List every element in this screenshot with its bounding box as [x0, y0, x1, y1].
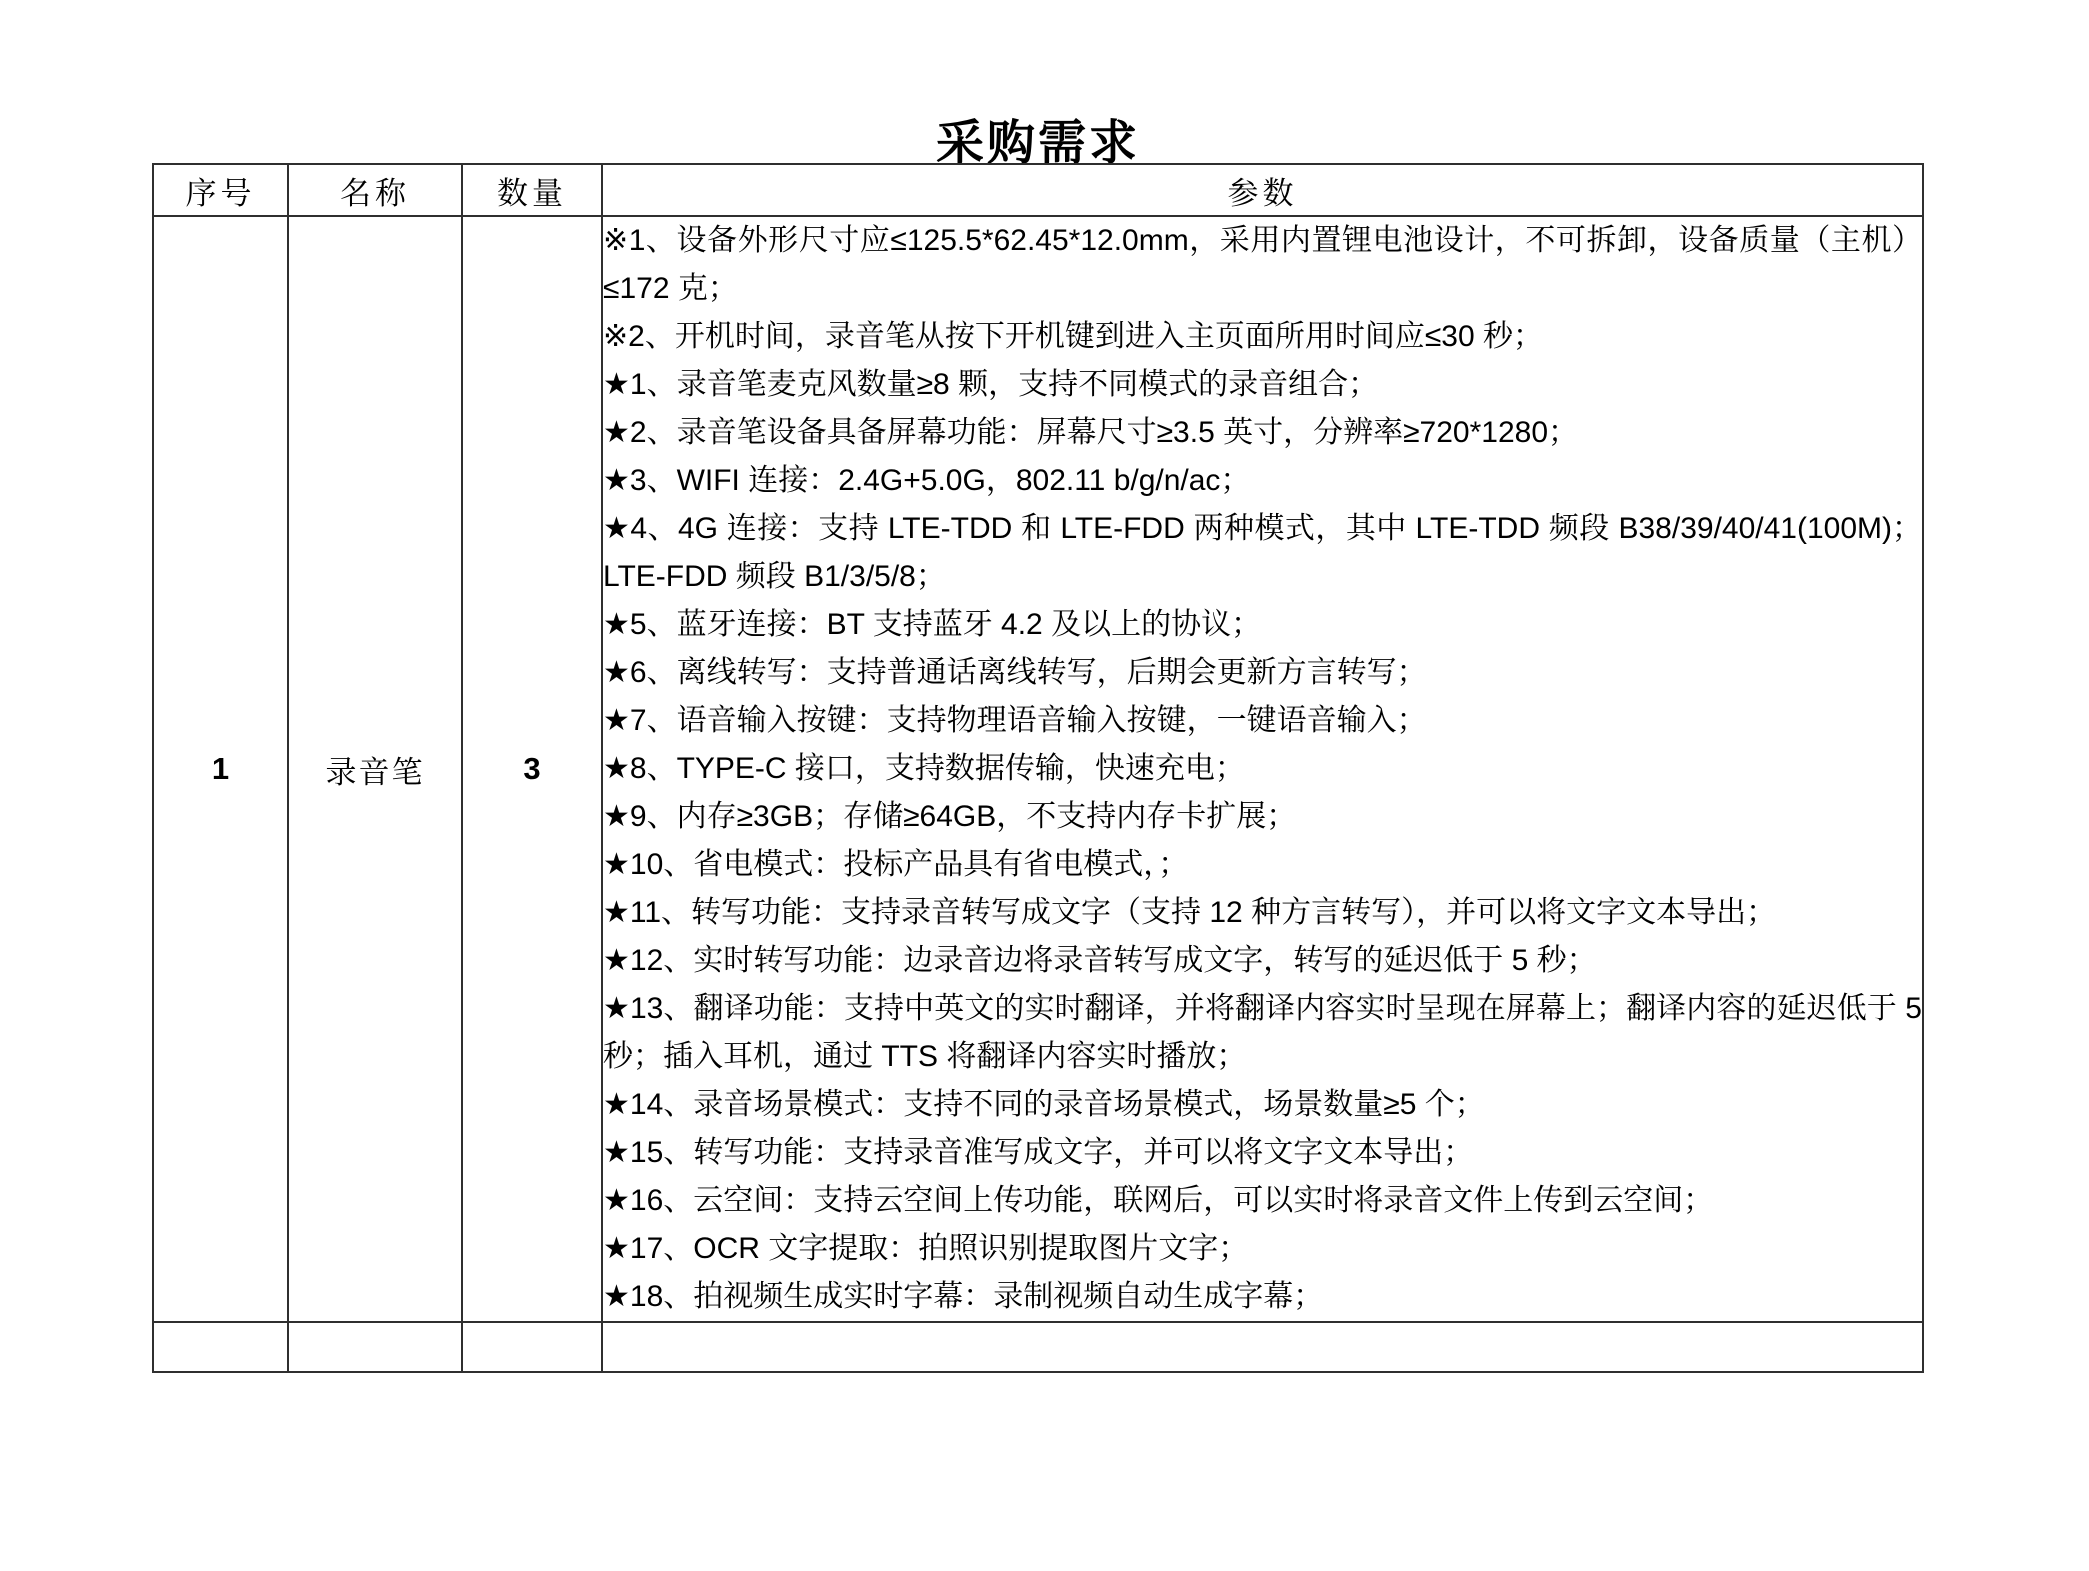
param-item: ★10、省电模式：投标产品具有省电模式，；: [603, 841, 1922, 889]
param-item: ★15、转写功能：支持录音准写成文字，并可以将文字文本导出；: [603, 1129, 1922, 1177]
cell-item-name: 录音笔: [288, 216, 462, 1322]
param-item: ★12、实时转写功能：边录音边将录音转写成文字，转写的延迟低于 5 秒；: [603, 937, 1922, 985]
cell-serial-number: 1: [153, 216, 288, 1322]
header-cell-name: 名称: [288, 164, 462, 216]
param-item: ★2、录音笔设备具备屏幕功能：屏幕尺寸≥3.5 英寸，分辨率≥720*1280；: [603, 409, 1922, 457]
header-cell-params: 参数: [602, 164, 1923, 216]
requirements-table: 序号 名称 数量 参数 1 录音笔 3 ※1、设备外形尺寸应≤125.5*62.…: [152, 163, 1924, 1373]
param-item: ※2、开机时间，录音笔从按下开机键到进入主页面所用时间应≤30 秒；: [603, 313, 1922, 361]
param-item: ★3、WIFI 连接：2.4G+5.0G，802.11 b/g/n/ac；: [603, 457, 1922, 505]
empty-cell-quantity: [462, 1322, 602, 1372]
param-item: ★7、语音输入按键：支持物理语音输入按键，一键语音输入；: [603, 697, 1922, 745]
empty-cell-item-name: [288, 1322, 462, 1372]
param-item: ★16、云空间：支持云空间上传功能，联网后，可以实时将录音文件上传到云空间；: [603, 1177, 1922, 1225]
param-item: ★11、转写功能：支持录音转写成文字（支持 12 种方言转写），并可以将文字文本…: [603, 889, 1922, 937]
param-item: ★14、录音场景模式：支持不同的录音场景模式，场景数量≥5 个；: [603, 1081, 1922, 1129]
param-item: ★8、TYPE-C 接口，支持数据传输，快速充电；: [603, 745, 1922, 793]
cell-parameters: ※1、设备外形尺寸应≤125.5*62.45*12.0mm，采用内置锂电池设计，…: [602, 216, 1923, 1322]
table-header-row: 序号 名称 数量 参数: [153, 164, 1923, 216]
param-item: ★6、离线转写：支持普通话离线转写，后期会更新方言转写；: [603, 649, 1922, 697]
param-item: ★17、OCR 文字提取：拍照识别提取图片文字；: [603, 1225, 1922, 1273]
empty-cell-parameters: [602, 1322, 1923, 1372]
table-empty-row: [153, 1322, 1923, 1372]
param-item: ★5、蓝牙连接：BT 支持蓝牙 4.2 及以上的协议；: [603, 601, 1922, 649]
param-item: ★4、4G 连接：支持 LTE-TDD 和 LTE-FDD 两种模式，其中 LT…: [603, 505, 1922, 601]
param-item: ★9、内存≥3GB；存储≥64GB，不支持内存卡扩展；: [603, 793, 1922, 841]
cell-quantity: 3: [462, 216, 602, 1322]
empty-cell-serial-number: [153, 1322, 288, 1372]
param-item: ※1、设备外形尺寸应≤125.5*62.45*12.0mm，采用内置锂电池设计，…: [603, 217, 1922, 313]
table-row: 1 录音笔 3 ※1、设备外形尺寸应≤125.5*62.45*12.0mm，采用…: [153, 216, 1923, 1322]
param-item: ★18、拍视频生成实时字幕：录制视频自动生成字幕；: [603, 1273, 1922, 1321]
header-cell-qty: 数量: [462, 164, 602, 216]
param-item: ★1、录音笔麦克风数量≥8 颗，支持不同模式的录音组合；: [603, 361, 1922, 409]
param-item: ★13、翻译功能：支持中英文的实时翻译，并将翻译内容实时呈现在屏幕上；翻译内容的…: [603, 985, 1922, 1081]
header-cell-no: 序号: [153, 164, 288, 216]
